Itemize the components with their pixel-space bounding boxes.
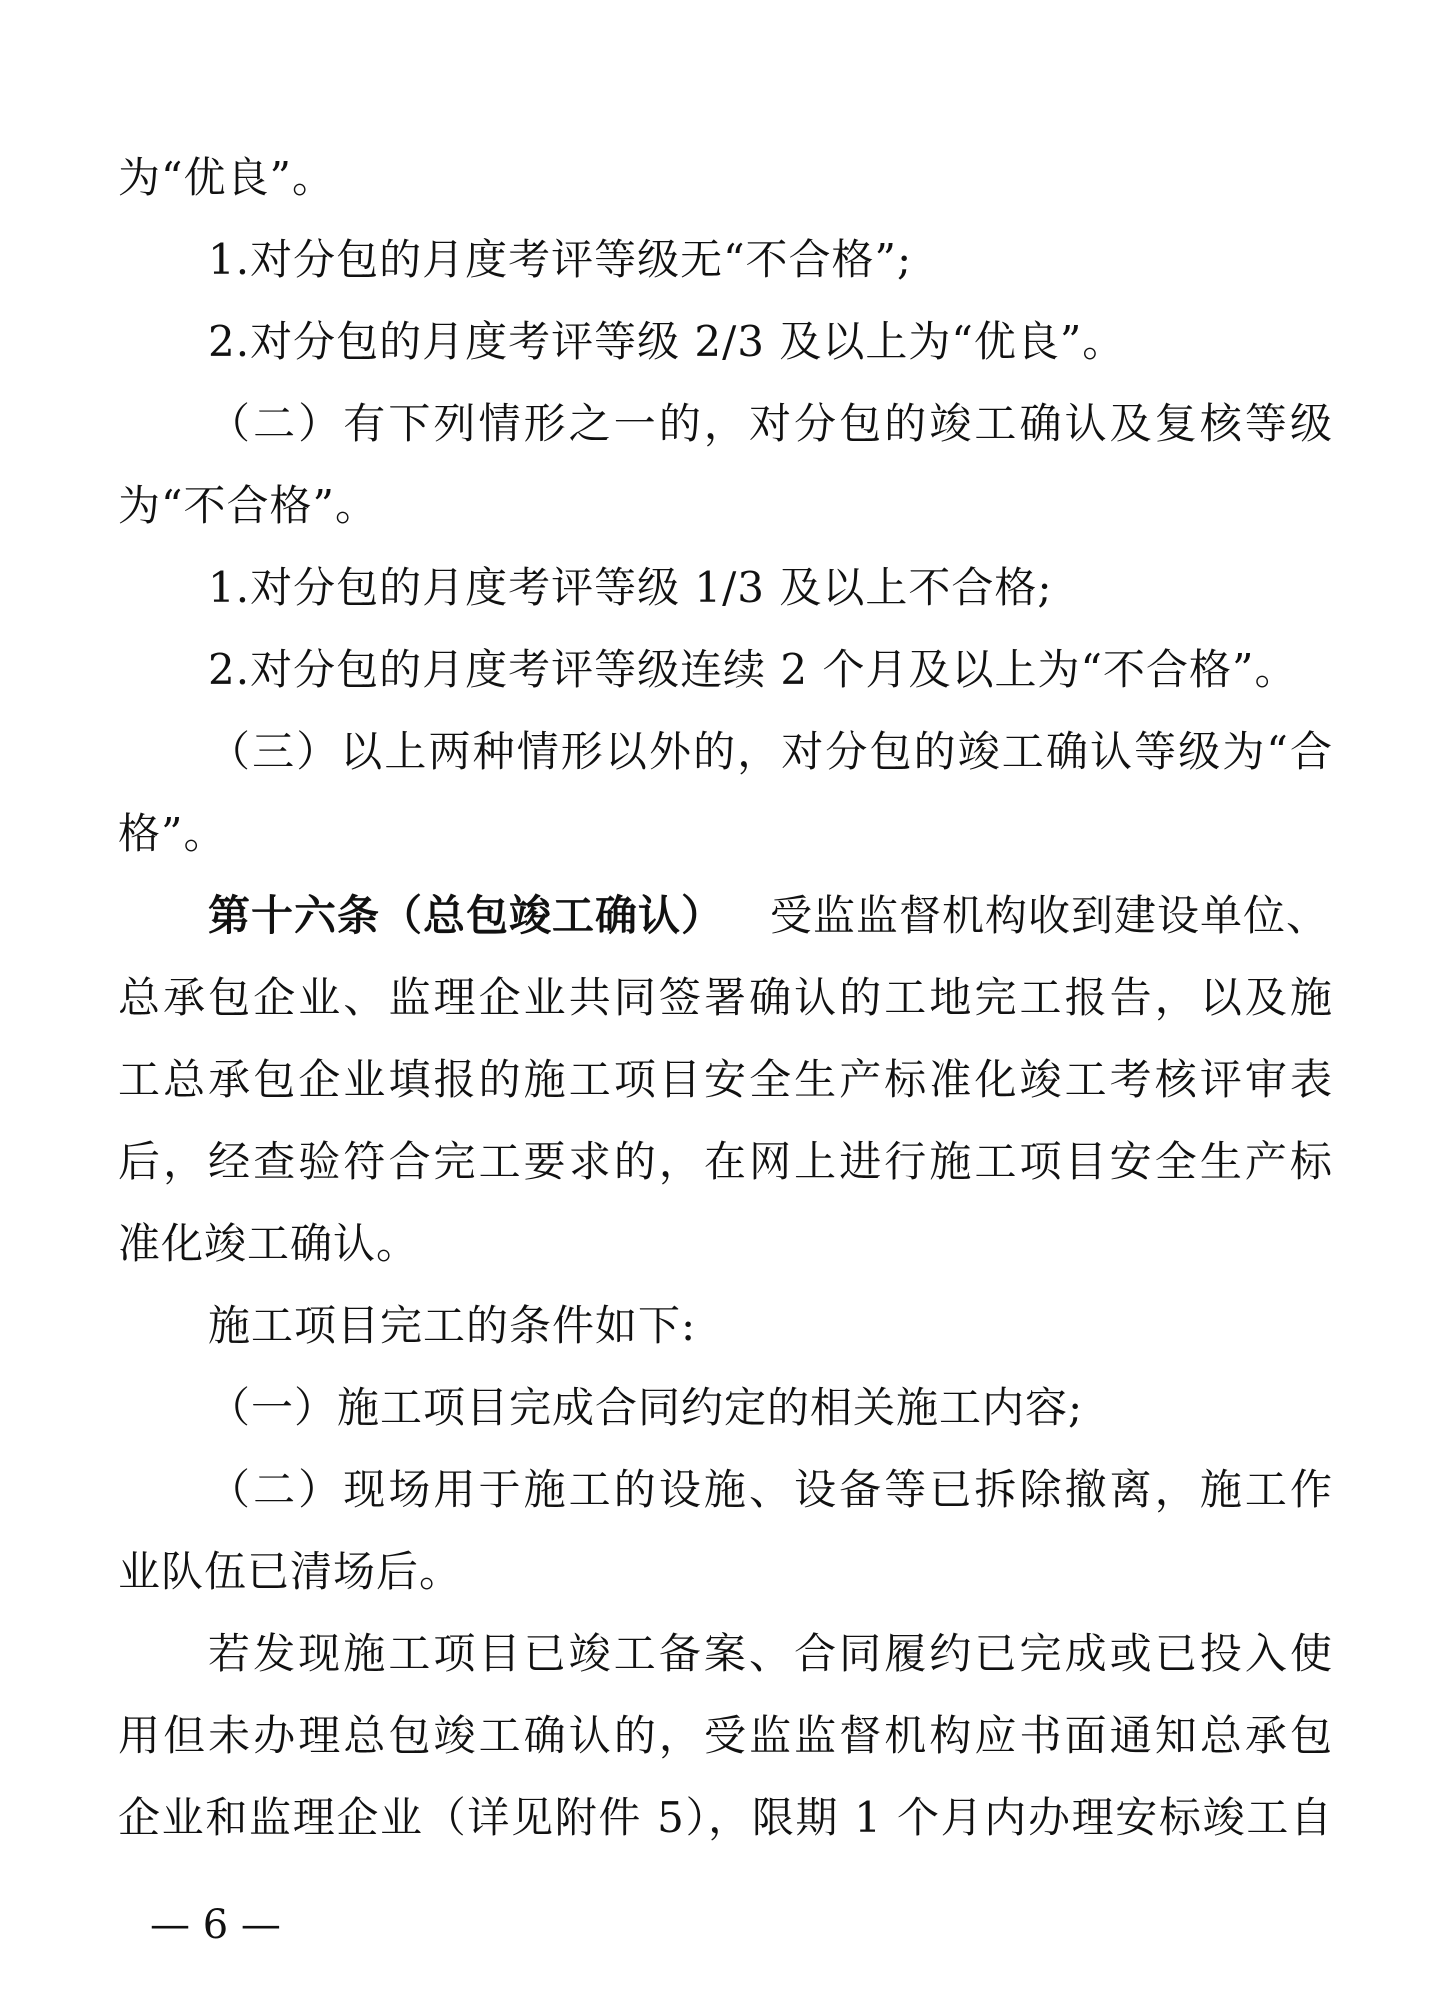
section-heading-line: （三）以上两种情形以外的，对分包的竣工确认等级为“合 xyxy=(208,724,1333,780)
paragraph-line: 为“不合格”。 xyxy=(118,478,378,534)
paragraph-line: 受监监督机构收到建设单位、 xyxy=(770,888,1329,944)
paragraph-line: 企业和监理企业（详见附件 5），限期 1 个月内办理安标竣工自 xyxy=(118,1790,1333,1846)
paragraph-line: 施工项目完工的条件如下: xyxy=(208,1298,696,1354)
page-number: — 6 — xyxy=(150,1900,281,1950)
list-item: 1.对分包的月度考评等级 1/3 及以上不合格; xyxy=(208,560,1053,616)
paragraph-line: 工总承包企业填报的施工项目安全生产标准化竣工考核评审表 xyxy=(118,1052,1333,1108)
paragraph-line: 总承包企业、监理企业共同签署确认的工地完工报告，以及施 xyxy=(118,970,1333,1026)
list-item: （二）现场用于施工的设施、设备等已拆除撤离，施工作 xyxy=(208,1462,1333,1518)
list-item: 2.对分包的月度考评等级连续 2 个月及以上为“不合格”。 xyxy=(208,642,1297,698)
section-heading-line: （二）有下列情形之一的，对分包的竣工确认及复核等级 xyxy=(208,396,1333,452)
article-heading: 第十六条（总包竣工确认） xyxy=(208,888,724,944)
paragraph-line: 用但未办理总包竣工确认的，受监监督机构应书面通知总承包 xyxy=(118,1708,1333,1764)
document-page: 为“优良”。 1.对分包的月度考评等级无“不合格”; 2.对分包的月度考评等级 … xyxy=(0,0,1450,2000)
paragraph-line: 若发现施工项目已竣工备案、合同履约已完成或已投入使 xyxy=(208,1626,1333,1682)
list-item: 1.对分包的月度考评等级无“不合格”; xyxy=(208,232,912,288)
paragraph-line: 业队伍已清场后。 xyxy=(118,1544,462,1600)
paragraph-line: 为“优良”。 xyxy=(118,150,335,206)
paragraph-line: 后，经查验符合完工要求的，在网上进行施工项目安全生产标 xyxy=(118,1134,1333,1190)
list-item: 2.对分包的月度考评等级 2/3 及以上为“优良”。 xyxy=(208,314,1125,370)
list-item: （一）施工项目完成合同约定的相关施工内容; xyxy=(208,1380,1083,1436)
paragraph-line: 格”。 xyxy=(118,806,226,862)
paragraph-line: 准化竣工确认。 xyxy=(118,1216,419,1272)
